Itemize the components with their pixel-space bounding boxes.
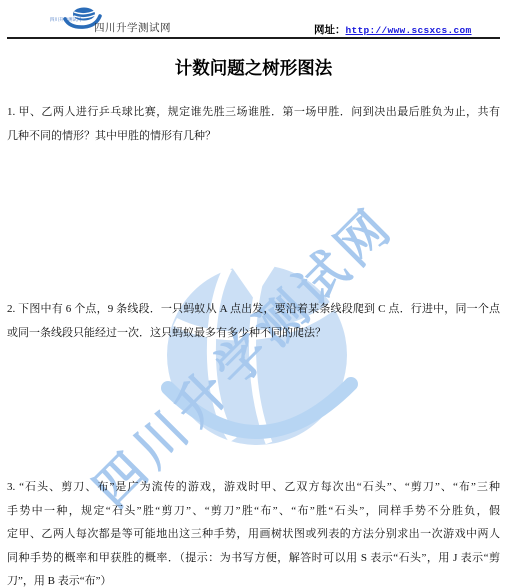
- site-url: 网址：http://www.scsxcs.com: [314, 20, 472, 38]
- page-header: 四川升学测试网 四川升学测试网 网址：http://www.scsxcs.com: [0, 0, 507, 36]
- question-3-line-5: 刀”，用 B 表示“布”）: [7, 570, 500, 587]
- site-name: 四川升学测试网: [94, 20, 171, 35]
- header-divider: [7, 37, 500, 39]
- question-3-line-4: 同种手势的概率和甲获胜的概率．（提示：为书写方便，解答时可以用 S 表示“石头”…: [7, 547, 500, 571]
- question-2-line-2: 或同一条线段只能经过一次．这只蚂蚁最多有多少种不同的爬法？: [7, 322, 500, 346]
- question-2-line-1: 2. 下图中有 6 个点，9 条线段．一只蚂蚁从 A 点出发，要沿着某条线段爬到…: [7, 298, 500, 322]
- question-3: 3. “石头、剪刀、布”是广为流传的游戏，游戏时甲、乙双方每次出“石头”、“剪刀…: [7, 476, 500, 587]
- watermark-text: 四川升学测试网: [83, 196, 405, 518]
- question-3-line-2: 手势中一种，规定“石头”胜“剪刀”、“剪刀”胜“布”、“布”胜“石头”，同样手势…: [7, 500, 500, 524]
- question-1: 1. 甲、乙两人进行乒乓球比赛，规定谁先胜三场谁胜．第一场甲胜．问到决出最后胜负…: [7, 101, 500, 148]
- question-2: 2. 下图中有 6 个点，9 条线段．一只蚂蚁从 A 点出发，要沿着某条线段爬到…: [7, 298, 500, 345]
- logo-tiny-text: 四川升学测试网: [50, 17, 82, 23]
- site-url-link[interactable]: http://www.scsxcs.com: [346, 25, 472, 36]
- question-3-line-1: 3. “石头、剪刀、布”是广为流传的游戏，游戏时甲、乙双方每次出“石头”、“剪刀…: [7, 476, 500, 500]
- watermark-globe-icon: [167, 263, 351, 445]
- question-1-line-1: 1. 甲、乙两人进行乒乓球比赛，规定谁先胜三场谁胜．第一场甲胜．问到决出最后胜负…: [7, 101, 500, 125]
- question-1-line-2: 几种不同的情形？其中甲胜的情形有几种？: [7, 125, 500, 149]
- page-title: 计数问题之树形图法: [0, 57, 507, 79]
- url-label: 网址：: [314, 24, 346, 36]
- question-3-line-3: 定甲、乙两人每次都是等可能地出这三种手势，用画树状图或列表的方法分别求出一次游戏…: [7, 523, 500, 547]
- document-page: 四川升学测试网 四川升学测试网 四川升学测试网 网址：http://www.sc…: [0, 0, 507, 587]
